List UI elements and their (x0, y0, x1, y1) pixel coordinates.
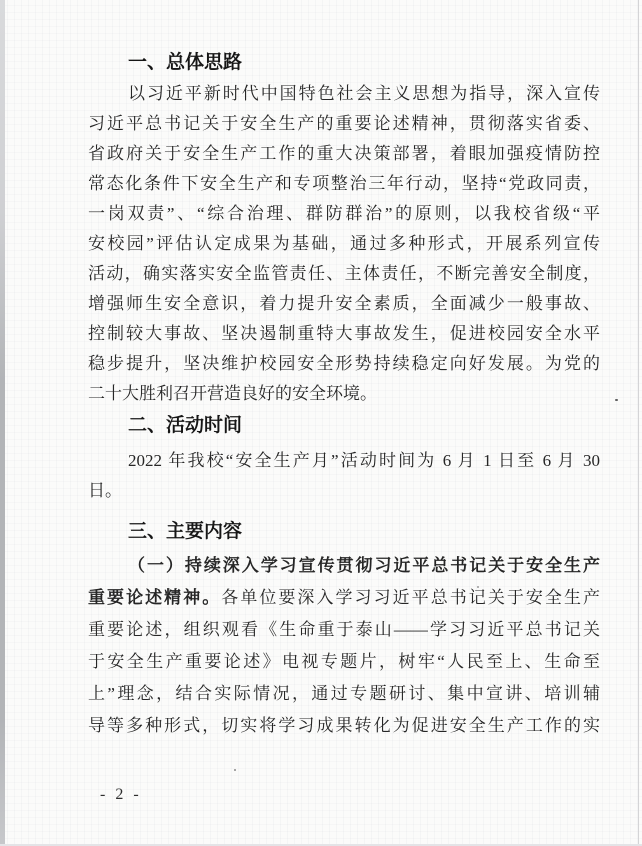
scan-edge-right (638, 0, 639, 846)
text-column: 一、总体思路以习近平新时代中国特色社会主义思想为指导，深入宣传习近平总书记关于安… (88, 48, 600, 742)
text-segment: 一、总体思路 (128, 52, 242, 73)
text-line: 省政府关于安全生产工作的重大决策部署，着眼加强疫情防控 (88, 139, 600, 169)
text-segment: 各单位要深入学习习近平总书记关于安全生产 (221, 588, 600, 607)
section-heading: 一、总体思路 (88, 48, 600, 78)
text-segment: 安校园”评估认定成果为基础，通过多种形式，开展系列宣传 (88, 234, 600, 253)
text-segment: 以习近平新时代中国特色社会主义思想为指导，深入宣传 (128, 84, 600, 103)
scan-edge-left (0, 0, 5, 846)
text-segment: 控制较大事故、坚决遏制重特大事故发生，促进校园安全水平 (88, 324, 600, 343)
text-line: 控制较大事故、坚决遏制重特大事故发生，促进校园安全水平 (88, 319, 600, 349)
text-segment: 二、活动时间 (128, 415, 242, 436)
text-line: 于安全生产重要论述》电视专题片，树牢“人民至上、生命至 (88, 646, 600, 678)
text-line: 重要论述，组织观看《生命重于泰山——学习习近平总书记关 (88, 614, 600, 646)
text-line: 安校园”评估认定成果为基础，通过多种形式，开展系列宣传 (88, 229, 600, 259)
text-line: 习近平总书记关于安全生产的重要论述精神，贯彻落实省委、 (88, 109, 600, 139)
text-segment: 日。 (88, 481, 122, 500)
text-segment: （一）持续深入学习宣传贯彻习近平总书记关于安全生产 (128, 556, 600, 575)
text-line: 二十大胜利召开营造良好的安全环境。 (88, 379, 600, 409)
text-segment: 于安全生产重要论述》电视专题片，树牢“人民至上、生命至 (88, 652, 600, 671)
document-page: 一、总体思路以习近平新时代中国特色社会主义思想为指导，深入宣传习近平总书记关于安… (0, 0, 642, 846)
text-segment: 导等多种形式，切实将学习成果转化为促进安全生产工作的实 (88, 716, 600, 735)
text-segment: 2022 年我校“安全生产月”活动时间为 6 月 1 日至 6 月 30 (128, 451, 600, 470)
text-line: 重要论述精神。各单位要深入学习习近平总书记关于安全生产 (88, 582, 600, 614)
text-segment: 重要论述，组织观看《生命重于泰山——学习习近平总书记关 (88, 620, 600, 639)
text-line: 2022 年我校“安全生产月”活动时间为 6 月 1 日至 6 月 30 (88, 446, 600, 476)
text-segment: 常态化条件下安全生产和专项整治三年行动，坚持“党政同责， (88, 174, 600, 193)
text-segment: 二十大胜利召开营造良好的安全环境。 (88, 384, 377, 403)
text-segment: 习近平总书记关于安全生产的重要论述精神，贯彻落实省委、 (88, 114, 600, 133)
text-line: 常态化条件下安全生产和专项整治三年行动，坚持“党政同责， (88, 169, 600, 199)
text-segment: 一岗双责”、“综合治理、群防群治”的原则，以我校省级“平 (88, 204, 600, 223)
text-line: 以习近平新时代中国特色社会主义思想为指导，深入宣传 (88, 79, 600, 109)
text-segment: 省政府关于安全生产工作的重大决策部署，着眼加强疫情防控 (88, 144, 600, 163)
text-segment: 三、主要内容 (128, 521, 242, 542)
text-segment: 上”理念，结合实际情况，通过专题研讨、集中宣讲、培训辅 (88, 684, 600, 703)
text-line: 一岗双责”、“综合治理、群防群治”的原则，以我校省级“平 (88, 199, 600, 229)
section-heading: 三、主要内容 (88, 517, 600, 547)
text-line: 日。 (88, 476, 600, 506)
text-segment: 活动，确实落实安全监管责任、主体责任，不断完善安全制度， (88, 264, 600, 283)
text-line: 导等多种形式，切实将学习成果转化为促进安全生产工作的实 (88, 710, 600, 742)
text-line: 稳步提升，坚决维护校园安全形势持续稳定向好发展。为党的 (88, 349, 600, 379)
text-line: （一）持续深入学习宣传贯彻习近平总书记关于安全生产 (88, 550, 600, 582)
text-line: 活动，确实落实安全监管责任、主体责任，不断完善安全制度， (88, 259, 600, 289)
scan-speckle (615, 399, 618, 401)
text-line: 增强师生安全意识，着力提升安全素质，全面减少一般事故、 (88, 289, 600, 319)
text-segment: 重要论述精神。 (88, 588, 221, 607)
text-segment: 稳步提升，坚决维护校园安全形势持续稳定向好发展。为党的 (88, 354, 600, 373)
scan-speckle (234, 769, 236, 771)
text-line: 上”理念，结合实际情况，通过专题研讨、集中宣讲、培训辅 (88, 678, 600, 710)
text-segment: 增强师生安全意识，着力提升安全素质，全面减少一般事故、 (88, 294, 600, 313)
page-number: - 2 - (100, 786, 142, 804)
section-heading: 二、活动时间 (88, 411, 600, 441)
